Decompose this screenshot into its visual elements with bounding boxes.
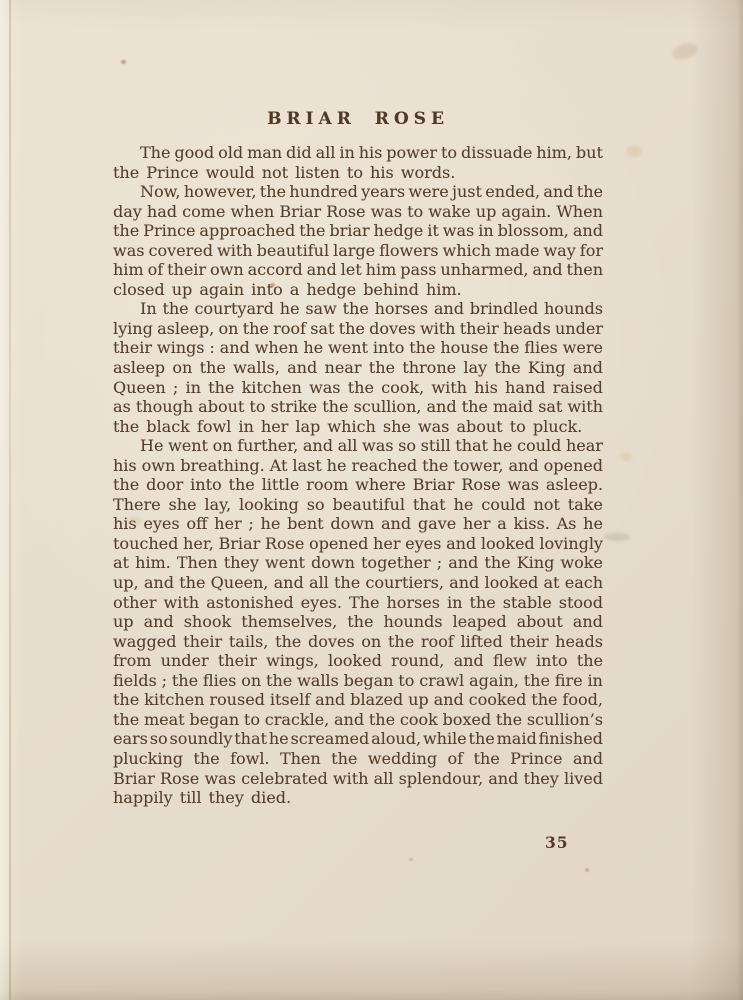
- paper-speck: [585, 868, 589, 872]
- paper-stain: [620, 452, 632, 461]
- page-gutter-edge: [0, 0, 9, 1000]
- page-gutter-crease: [9, 0, 11, 1000]
- text-line: BriarRosewascelebratedwithallsplendour,a…: [113, 769, 603, 789]
- paper-scuff: [670, 40, 699, 62]
- text-line: dayhadcomewhenBriarRosewastowakeupagain.…: [113, 202, 603, 222]
- page-number: 35: [545, 833, 569, 852]
- text-line: up,andtheQueen,andallthecourtiers,andloo…: [113, 573, 603, 593]
- text-line: lyingasleep,ontheroofsatthedoveswiththei…: [113, 319, 603, 339]
- paragraph: Inthecourtyardhesawthehorsesandbrindledh…: [113, 299, 603, 436]
- text-line: Thereshelay,lookingsobeautifulthathecoul…: [113, 495, 603, 515]
- text-line: Inthecourtyardhesawthehorsesandbrindledh…: [113, 299, 603, 319]
- paper-smudge: [604, 533, 630, 541]
- text-line: athim.Thentheywentdowntogether;andtheKin…: [113, 553, 603, 573]
- text-line: pluckingthefowl.ThentheweddingofthePrinc…: [113, 749, 603, 769]
- text-line: the black fowl in her lap which she was …: [113, 417, 603, 437]
- text-line: Now,however,thehundredyearswerejustended…: [113, 182, 603, 202]
- paper-speck: [409, 858, 413, 861]
- text-line: themeatbegantocrackle,andthecookboxedthe…: [113, 710, 603, 730]
- text-line: earssosoundlythathescreamedaloud,whileth…: [113, 729, 603, 749]
- text-line: asleeponthewalls,andnearthethronelaytheK…: [113, 358, 603, 378]
- text-line: thekitchenrouseditselfandblazedupandcook…: [113, 690, 603, 710]
- text-line: upandshookthemselves,thehoundsleapedabou…: [113, 612, 603, 632]
- text-line: Hewentonfurther,andallwassostillthatheco…: [113, 436, 603, 456]
- text-line: asthoughabouttostrikethescullion,andthem…: [113, 397, 603, 417]
- text-line: otherwithastonishedeyes.Thehorsesinthest…: [113, 593, 603, 613]
- text-line: the Prince would not listen to his words…: [113, 163, 603, 183]
- text-line: Queen;inthekitchenwasthecook,withhishand…: [113, 378, 603, 398]
- text-line: thePrinceapproachedthebriarhedgeitwasinb…: [113, 221, 603, 241]
- paper-stain: [626, 146, 642, 157]
- text-line: himoftheirownaccordandlethimpassunharmed…: [113, 260, 603, 280]
- text-line: touchedher,BriarRoseopenedhereyesandlook…: [113, 534, 603, 554]
- text-line: waggedtheirtails,thedovesontherooflifted…: [113, 632, 603, 652]
- paper-speck: [121, 60, 126, 64]
- story-text: Thegoodoldmandidallinhispowertodissuadeh…: [113, 143, 603, 808]
- book-page: BRIAR ROSE Thegoodoldmandidallinhispower…: [0, 0, 743, 1000]
- text-line: hisownbreathing.Atlasthereachedthetower,…: [113, 456, 603, 476]
- text-line: theirwings:andwhenhewentintothehousethef…: [113, 338, 603, 358]
- page-title: BRIAR ROSE: [113, 109, 603, 129]
- text-line: fromundertheirwings,lookedround,andflewi…: [113, 651, 603, 671]
- text-line: fields;thefliesonthewallsbegantocrawlaga…: [113, 671, 603, 691]
- paragraph: Thegoodoldmandidallinhispowertodissuadeh…: [113, 143, 603, 182]
- text-line: closed up again into a hedge behind him.: [113, 280, 603, 300]
- text-line: happily till they died.: [113, 788, 603, 808]
- paragraph: Now,however,thehundredyearswerejustended…: [113, 182, 603, 299]
- text-line: wascoveredwithbeautifullargeflowerswhich…: [113, 241, 603, 261]
- text-line: Thegoodoldmandidallinhispowertodissuadeh…: [113, 143, 603, 163]
- text-line: hiseyesoffher;hebentdownandgaveherakiss.…: [113, 514, 603, 534]
- text-line: thedoorintothelittleroomwhereBriarRosewa…: [113, 475, 603, 495]
- paragraph: Hewentonfurther,andallwassostillthatheco…: [113, 436, 603, 807]
